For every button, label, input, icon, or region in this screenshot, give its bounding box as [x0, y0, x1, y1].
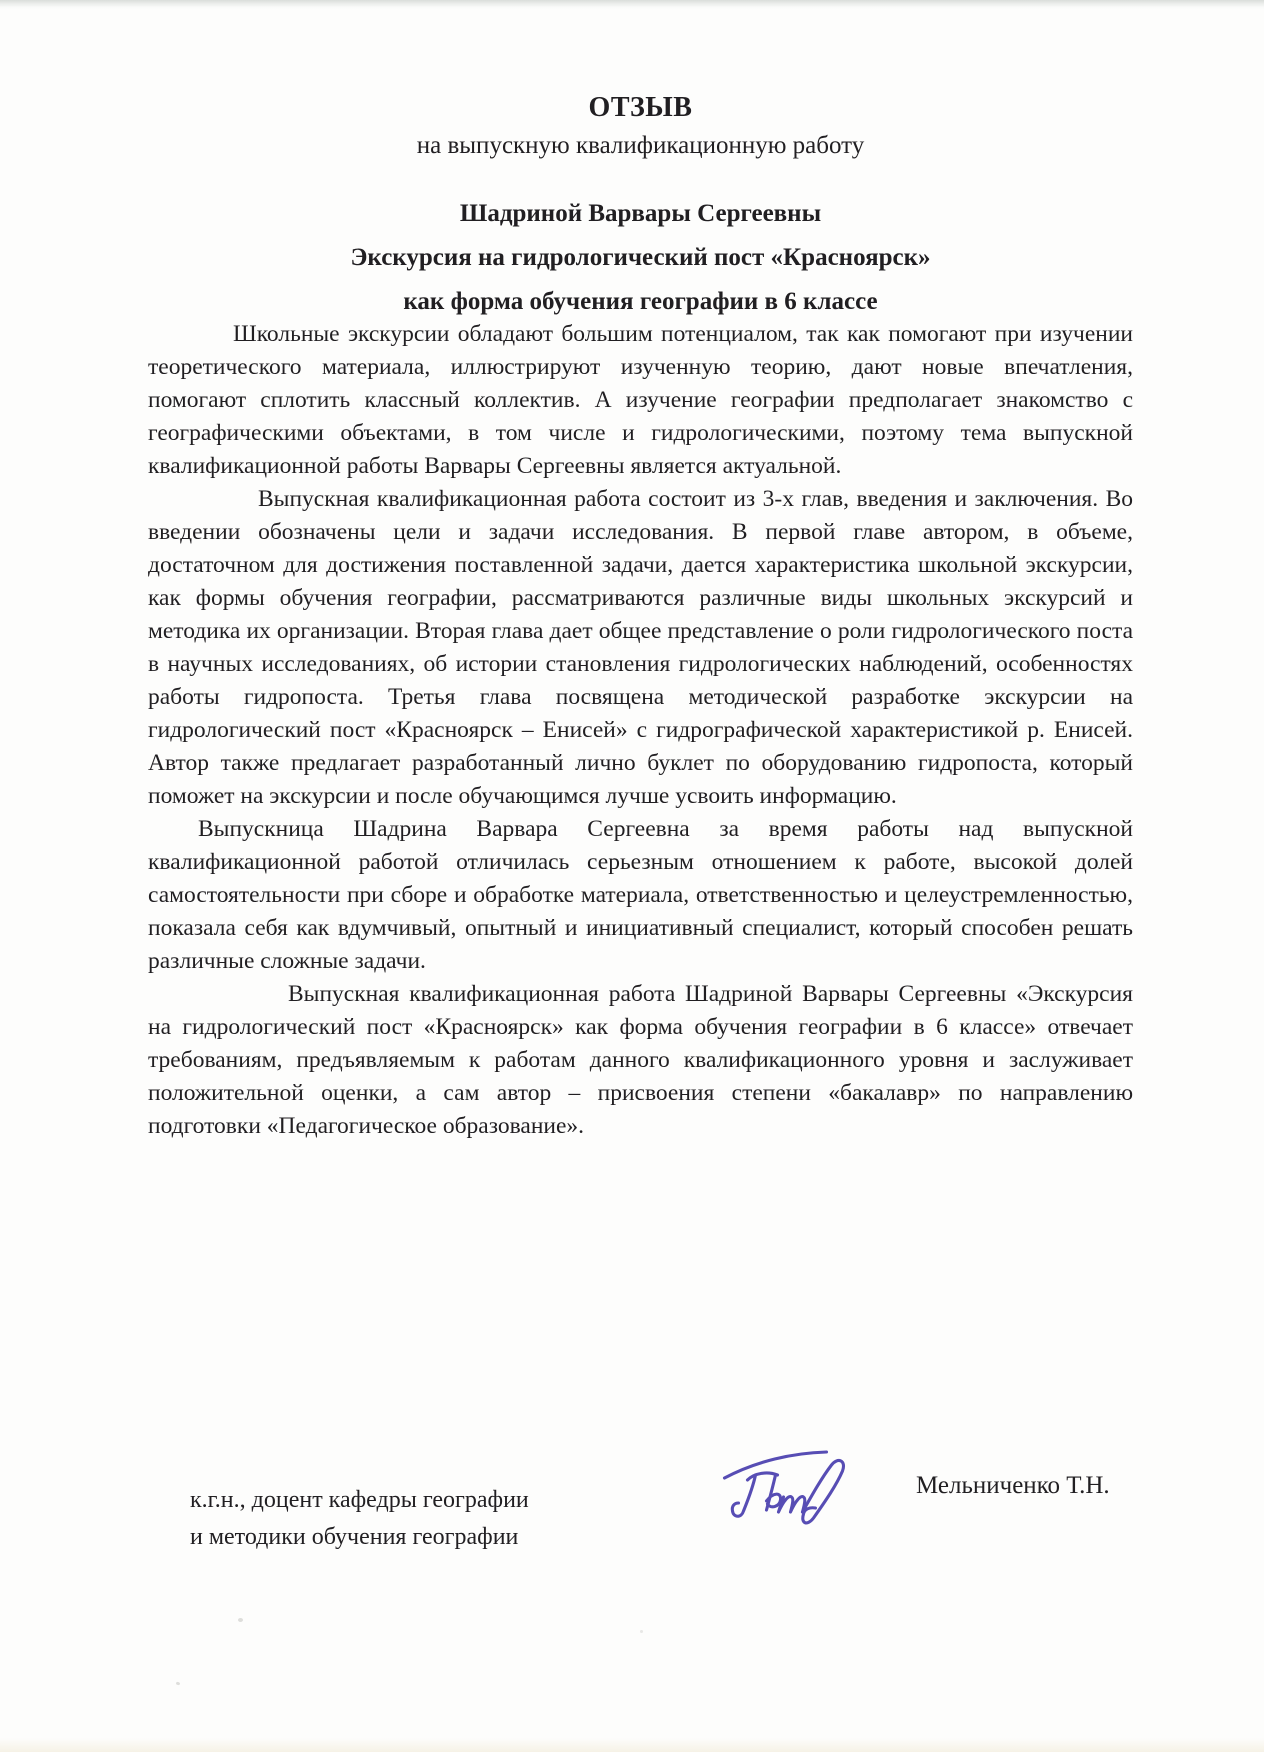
paragraph-student-merits: Выпускница Шадрина Варвара Сергеевна за … — [148, 813, 1133, 978]
scanned-review-page: ОТЗЫВ на выпускную квалификационную рабо… — [0, 0, 1264, 1752]
handwritten-signature — [716, 1434, 931, 1594]
reviewer-position-line-2: и методики обучения географии — [190, 1519, 529, 1556]
student-name-heading: Шадриной Варвары Сергеевны — [148, 200, 1133, 228]
reviewer-name: Мельниченко Т.Н. — [916, 1472, 1110, 1500]
review-body: Школьные экскурсии обладают большим поте… — [148, 318, 1133, 1143]
document-title: ОТЗЫВ — [148, 92, 1133, 124]
signature-strokes — [725, 1452, 844, 1523]
reviewer-position-line-1: к.г.н., доцент кафедры географии — [190, 1482, 529, 1519]
paragraph-structure: Выпускная квалификационная работа состои… — [148, 483, 1133, 813]
paragraph-relevance: Школьные экскурсии обладают большим поте… — [148, 318, 1133, 483]
work-title-line-1: Экскурсия на гидрологический пост «Красн… — [148, 244, 1133, 272]
reviewer-position: к.г.н., доцент кафедры географии и метод… — [190, 1482, 529, 1556]
work-title-line-2: как форма обучения географии в 6 классе — [148, 288, 1133, 316]
scan-speckle — [176, 1681, 181, 1685]
scan-edge-artifact — [0, 0, 1264, 7]
paragraph-conclusion: Выпускная квалификационная работа Шадрин… — [148, 978, 1133, 1143]
signature-block: к.г.н., доцент кафедры географии и метод… — [148, 1438, 1133, 1638]
document-heading: ОТЗЫВ на выпускную квалификационную рабо… — [148, 92, 1133, 316]
document-subtitle: на выпускную квалификационную работу — [148, 132, 1133, 160]
